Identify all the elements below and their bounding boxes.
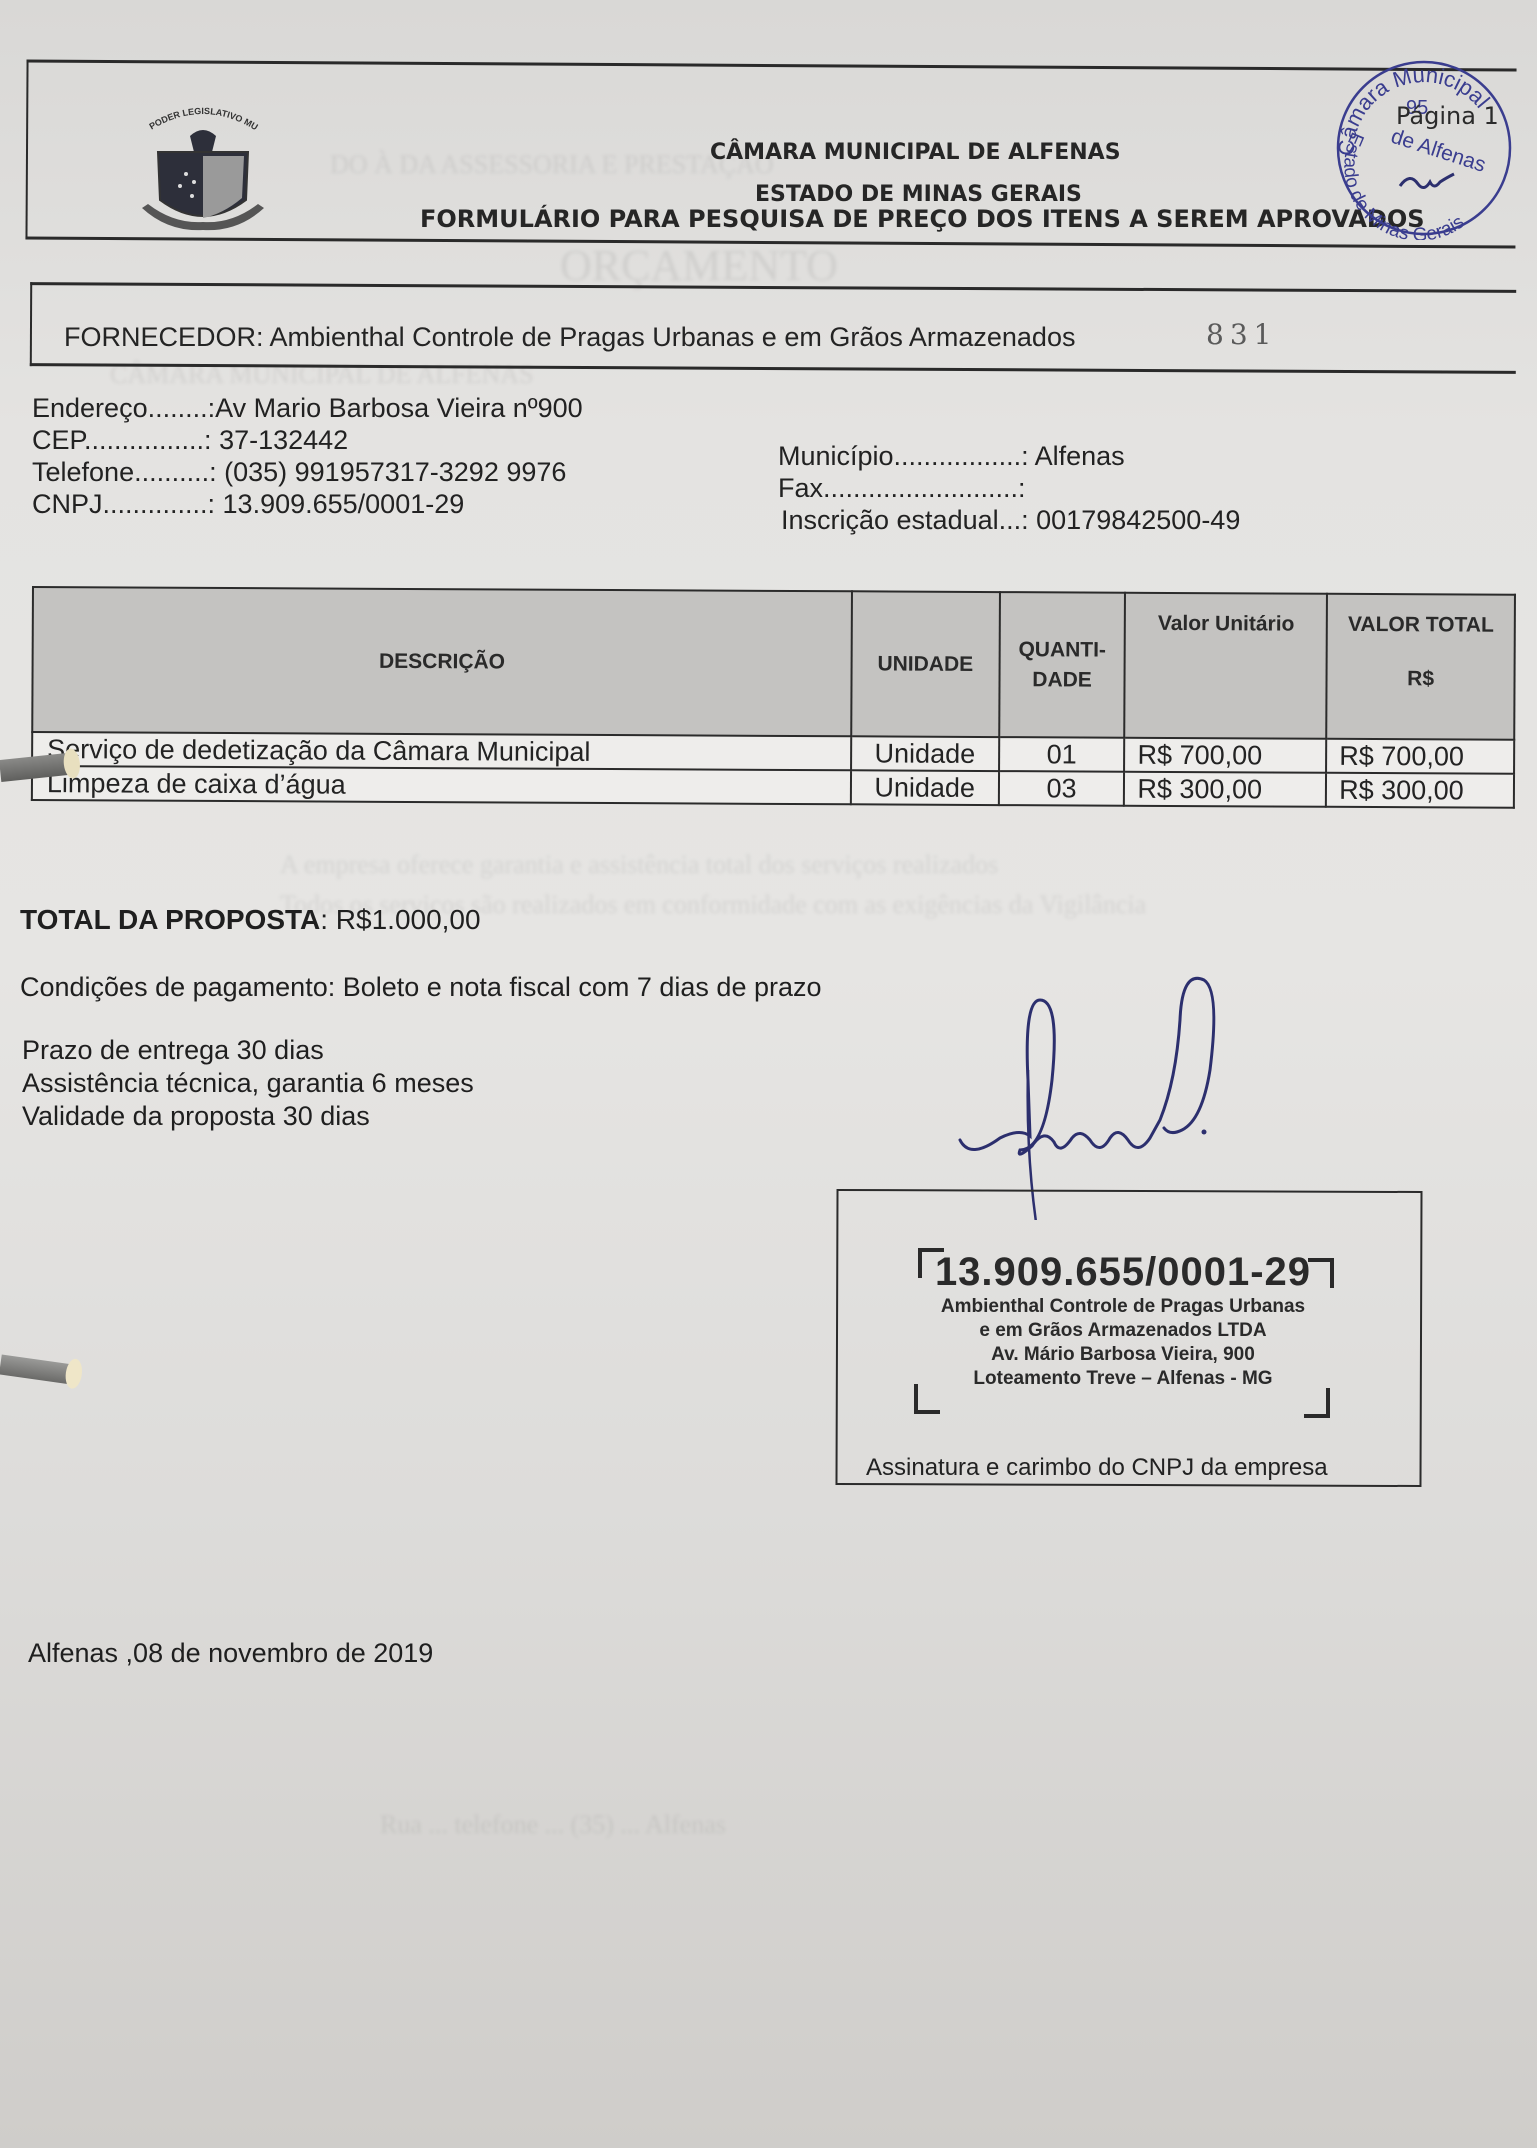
field-label: Telefone..........: xyxy=(32,457,217,487)
header-quantity: QUANTI-DADE xyxy=(999,592,1126,738)
stamp-line: Loteamento Treve – Alfenas - MG xyxy=(918,1367,1328,1391)
cell-total-value: R$ 700,00 xyxy=(1326,739,1514,774)
field-value: Av Mario Barbosa Vieira nº900 xyxy=(215,393,583,423)
term-warranty: Assistência técnica, garantia 6 meses xyxy=(22,1067,474,1100)
svg-text:de Alfenas: de Alfenas xyxy=(1388,125,1488,177)
bleed-through-text: Rua ... telefone ... (35) ... Alfenas xyxy=(380,1810,726,1840)
header-quantity-line2: DADE xyxy=(1032,668,1092,691)
signature-icon xyxy=(920,960,1240,1220)
total-label: TOTAL DA PROPOSTA xyxy=(20,904,320,935)
handwritten-number: 831 xyxy=(1206,318,1277,351)
supplier-info-right: Município.................: Alfenas Fax.… xyxy=(778,440,1240,536)
payment-conditions: Condições de pagamento: Boleto e nota fi… xyxy=(20,972,822,1003)
chamber-seal-stamp-icon: Câmara Municipal Estado de Minas Gerais … xyxy=(1332,56,1516,240)
field-value: 37-132442 xyxy=(212,425,349,455)
binder-clip-icon xyxy=(0,1355,81,1386)
svg-text:PODER LEGISLATIVO MUNICIPAL: PODER LEGISLATIVO MUNICIPAL xyxy=(128,100,260,132)
table-header-row: DESCRIÇÃO UNIDADE QUANTI-DADE Valor Unit… xyxy=(32,587,1515,740)
municipal-crest-icon: PODER LEGISLATIVO MUNICIPAL xyxy=(128,100,278,240)
field-value: 13.909.655/0001-29 xyxy=(215,489,464,519)
field-label: Município.................: xyxy=(778,441,1029,471)
cell-total-value: R$ 300,00 xyxy=(1326,773,1514,808)
items-table: DESCRIÇÃO UNIDADE QUANTI-DADE Valor Unit… xyxy=(31,586,1516,809)
cell-unit-value: R$ 700,00 xyxy=(1125,738,1327,773)
form-title: FORMULÁRIO PARA PESQUISA DE PREÇO DOS IT… xyxy=(420,205,1425,233)
header-description: DESCRIÇÃO xyxy=(32,587,852,736)
field-value: (035) 991957317-3292 9976 xyxy=(217,457,567,487)
document-page: DO À DA ASSESSORIA E PRESTAÇÃO ORÇAMENTO… xyxy=(0,0,1537,2148)
field-value: 00179842500-49 xyxy=(1029,505,1241,535)
proposal-total: TOTAL DA PROPOSTA: R$1.000,00 xyxy=(20,904,481,936)
term-delivery: Prazo de entrega 30 dias xyxy=(22,1034,474,1067)
cell-quantity: 03 xyxy=(999,771,1125,806)
cell-quantity: 01 xyxy=(999,737,1125,772)
header-total-value: VALOR TOTALR$ xyxy=(1326,594,1515,740)
stamp-line: Ambienthal Controle de Pragas Urbanas xyxy=(918,1295,1328,1319)
header-subtitle: ESTADO DE MINAS GERAIS xyxy=(755,182,1082,207)
cell-description: Serviço de dedetização da Câmara Municip… xyxy=(32,732,851,770)
page-number: Página 1 xyxy=(1396,102,1499,130)
supplier-info-left: Endereço........:Av Mario Barbosa Vieira… xyxy=(32,392,583,520)
document-date: Alfenas ,08 de novembro de 2019 xyxy=(28,1638,433,1669)
field-label: Inscrição estadual...: xyxy=(781,505,1029,535)
field-cep: CEP................: 37-132442 xyxy=(32,424,583,456)
proposal-terms: Prazo de entrega 30 dias Assistência téc… xyxy=(22,1034,474,1133)
cell-unit: Unidade xyxy=(851,736,999,771)
supplier-label: FORNECEDOR: xyxy=(64,322,264,352)
field-fax: Fax..........................: xyxy=(778,472,1240,504)
header-currency: R$ xyxy=(1328,667,1514,692)
stamp-line: e em Grãos Armazenados LTDA xyxy=(918,1319,1328,1343)
supplier-name: Ambienthal Controle de Pragas Urbanas e … xyxy=(270,322,1076,352)
cell-description: Limpeza de caixa d’água xyxy=(32,766,851,804)
company-cnpj-stamp: 13.909.655/0001-29 Ambienthal Controle d… xyxy=(918,1250,1328,1391)
field-state-registration: Inscrição estadual...: 00179842500-49 xyxy=(781,504,1240,536)
table-row: Limpeza de caixa d’água Unidade 03 R$ 30… xyxy=(32,766,1514,808)
field-cnpj: CNPJ..............: 13.909.655/0001-29 xyxy=(32,488,583,520)
bleed-through-text: ORÇAMENTO xyxy=(560,240,838,291)
field-phone: Telefone..........: (035) 991957317-3292… xyxy=(32,456,583,488)
cell-unit: Unidade xyxy=(851,770,999,805)
header-quantity-line1: QUANTI- xyxy=(1018,638,1106,661)
total-value: : R$1.000,00 xyxy=(320,904,480,935)
header-total-label: VALOR TOTAL xyxy=(1348,613,1494,637)
cell-unit-value: R$ 300,00 xyxy=(1124,772,1326,807)
header-unit: UNIDADE xyxy=(851,591,1000,737)
header-title: CÂMARA MUNICIPAL DE ALFENAS xyxy=(710,140,1121,165)
field-address: Endereço........:Av Mario Barbosa Vieira… xyxy=(32,392,583,424)
supplier-line: FORNECEDOR: Ambienthal Controle de Praga… xyxy=(64,322,1075,353)
term-validity: Validade da proposta 30 dias xyxy=(22,1100,474,1133)
field-municipality: Município.................: Alfenas xyxy=(778,440,1240,472)
stamp-bracket xyxy=(1304,1388,1330,1418)
field-value: Alfenas xyxy=(1029,441,1125,471)
stamp-line: Av. Mário Barbosa Vieira, 900 xyxy=(918,1343,1328,1367)
field-label: Fax..........................: xyxy=(778,473,1026,503)
field-label: CEP................: xyxy=(32,425,212,455)
stamp-cnpj: 13.909.655/0001-29 xyxy=(918,1250,1328,1295)
header-unit-value: Valor Unitário xyxy=(1125,593,1327,739)
field-label: CNPJ..............: xyxy=(32,489,215,519)
stamp-caption: Assinatura e carimbo do CNPJ da empresa xyxy=(866,1454,1328,1482)
bleed-through-text: A empresa oferece garantia e assistência… xyxy=(280,850,998,880)
field-label: Endereço........: xyxy=(32,393,215,423)
